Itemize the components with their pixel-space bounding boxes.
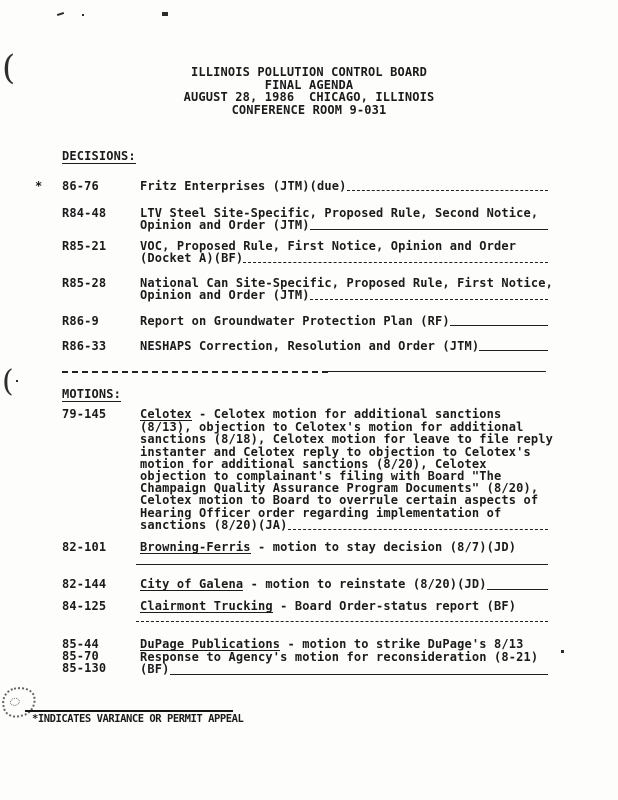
motion-row: 79-145 Celotex - Celotex motion for addi… — [62, 408, 548, 531]
motion-text: Hearing Officer order regarding implemen… — [140, 507, 501, 519]
case-number: R84-48 — [62, 207, 140, 219]
case-name: Clairmont Trucking — [140, 600, 273, 613]
blank-line — [479, 350, 548, 351]
motion-text: - Board Order-status report (BF) — [273, 600, 516, 613]
document-header: ILLINOIS POLLUTION CONTROL BOARD FINAL A… — [14, 66, 604, 117]
case-number: R85-21 — [62, 240, 140, 252]
case-number: 82-101 — [62, 541, 140, 553]
motion-text: Celotex motion to Board to overrule cert… — [140, 494, 538, 506]
case-number: R86-33 — [62, 340, 140, 352]
motion-row: 84-125 Clairmont Trucking - Board Order-… — [62, 600, 548, 613]
scan-artifact-paren: ( — [2, 376, 14, 388]
blank-line — [243, 262, 548, 263]
motion-row: 85-44 85-70 85-130 DuPage Publications -… — [62, 638, 548, 676]
motion-row: 82-144 City of Galena - motion to reinst… — [62, 578, 548, 591]
scan-artifact-speck — [16, 380, 18, 382]
scan-artifact-speck — [57, 12, 64, 16]
scanned-agenda-page: ( ( ILLINOIS POLLUTION CONTROL BOARD FIN… — [0, 0, 618, 800]
case-number: 82-144 — [62, 578, 140, 590]
decision-row: * 86-76 Fritz Enterprises (JTM)(due) — [62, 180, 548, 192]
motion-text: (BF) — [140, 663, 170, 675]
case-number: 85-130 — [62, 662, 140, 674]
decision-row: R86-33 NESHAPS Correction, Resolution an… — [62, 340, 548, 352]
decision-row: R85-28 National Can Site-Specific, Propo… — [62, 277, 548, 301]
case-title: NESHAPS Correction, Resolution and Order… — [140, 340, 479, 352]
case-title: Opinion and Order (JTM) — [140, 219, 310, 231]
case-number: 86-76 — [62, 180, 140, 192]
case-number: R86-9 — [62, 315, 140, 327]
case-title: Opinion and Order (JTM) — [140, 289, 310, 301]
motion-text: sanctions (8/18), Celotex motion for lea… — [140, 433, 553, 445]
case-name: City of Galena — [140, 578, 243, 591]
motion-text: sanctions (8/20)(JA) — [140, 519, 288, 531]
blank-line — [310, 299, 548, 300]
blank-line — [136, 621, 548, 622]
motion-text: Response to Agency's motion for reconsid… — [140, 651, 538, 663]
case-title: Report on Groundwater Protection Plan (R… — [140, 315, 450, 327]
footer-rule — [25, 710, 233, 712]
motion-text: - motion to stay decision (8/7)(JD) — [251, 541, 517, 554]
case-number: 79-145 — [62, 408, 140, 420]
scan-artifact-speck — [561, 650, 564, 653]
blank-line — [288, 529, 549, 530]
blank-line — [136, 564, 548, 565]
footer-note: *INDICATES VARIANCE OR PERMIT APPEAL — [32, 713, 243, 725]
decisions-section-heading: DECISIONS: — [62, 150, 136, 164]
scan-artifact-speck — [82, 14, 84, 16]
scan-artifact-speck — [162, 12, 168, 16]
blank-line — [450, 325, 548, 326]
case-number: 84-125 — [62, 600, 140, 612]
motions-section-heading: MOTIONS: — [62, 388, 121, 402]
blank-line — [487, 589, 548, 590]
motion-text: instanter and Celotex reply to objection… — [140, 446, 531, 458]
case-title: Fritz Enterprises (JTM)(due) — [140, 180, 347, 192]
blank-line — [347, 190, 549, 191]
decision-row: R84-48 LTV Steel Site-Specific, Proposed… — [62, 207, 548, 231]
motion-row: 82-101 Browning-Ferris - motion to stay … — [62, 541, 548, 554]
case-name: Browning-Ferris — [140, 541, 251, 554]
decision-row: R86-9 Report on Groundwater Protection P… — [62, 315, 548, 327]
blank-line — [310, 229, 548, 230]
variance-flag: * — [35, 180, 42, 192]
section-divider — [62, 371, 546, 373]
motion-text: - motion to reinstate (8/20)(JD) — [243, 578, 486, 591]
case-number: R85-28 — [62, 277, 140, 289]
document-title: ILLINOIS POLLUTION CONTROL BOARD — [14, 66, 604, 79]
blank-line — [170, 674, 549, 675]
decision-row: R85-21 VOC, Proposed Rule, First Notice,… — [62, 240, 548, 264]
document-room: CONFERENCE ROOM 9-031 — [14, 104, 604, 117]
case-title: (Docket A)(BF) — [140, 252, 243, 264]
